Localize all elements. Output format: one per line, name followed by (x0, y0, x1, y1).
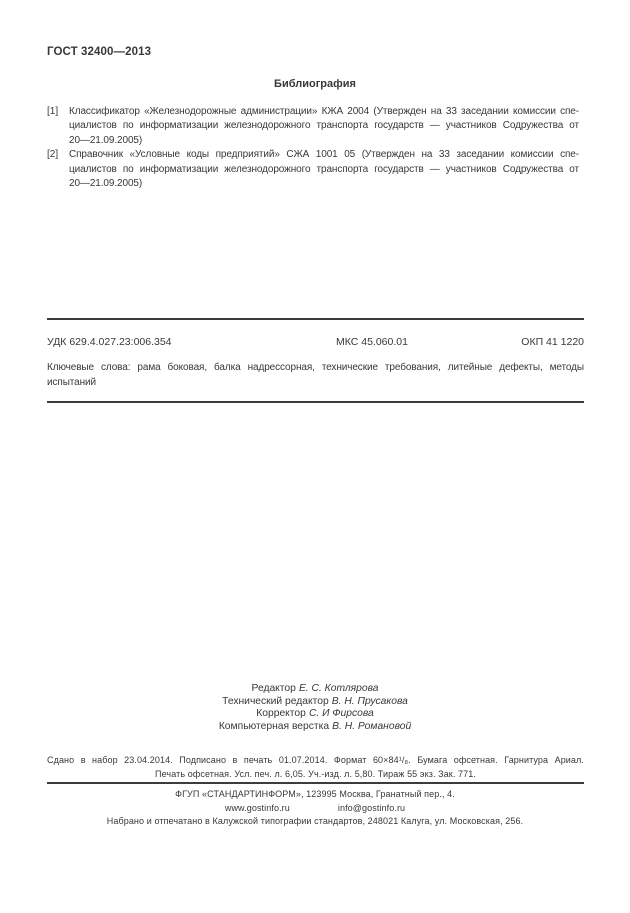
credit-name: С. И Фирсова (309, 708, 374, 719)
bibliography-entry-line: Справочник «Условные коды предприятий» С… (69, 148, 579, 162)
mks-code: МКС 45.060.01 (336, 336, 408, 348)
publisher-block: ФГУП «СТАНДАРТИНФОРМ», 123995 Москва, Гр… (0, 788, 630, 829)
credit-role: Компьютерная верстка (219, 721, 329, 732)
credit-name: Е. С. Котлярова (299, 683, 379, 694)
doc-code: ГОСТ 32400—2013 (47, 46, 151, 58)
classification-codes-row: УДК 629.4.027.23:006.354 МКС 45.060.01 О… (47, 336, 584, 350)
publisher-address: ФГУП «СТАНДАРТИНФОРМ», 123995 Москва, Гр… (0, 788, 630, 802)
credit-line-technical-editor: Технический редакторВ. Н. Прусакова (0, 696, 630, 709)
production-info-block: Сдано в набор 23.04.2014. Подписано в пе… (47, 753, 584, 781)
bibliography-list: [1] Классификатор «Железнодорожные админ… (47, 105, 579, 191)
horizontal-rule-bottom (47, 782, 584, 784)
bibliography-entry-line: Классификатор «Железнодорожные администр… (69, 105, 579, 119)
bibliography-entry-marker: [1] (47, 105, 58, 119)
production-line: Сдано в набор 23.04.2014. Подписано в пе… (47, 753, 584, 767)
credit-line-layout: Компьютерная версткаВ. Н. Романовой (0, 721, 630, 734)
bibliography-entry-marker: [2] (47, 148, 58, 162)
publisher-website-text: www.gostinfo.ru (225, 803, 290, 813)
okp-code: ОКП 41 1220 (521, 336, 584, 348)
credit-line-proofreader: КорректорС. И Фирсова (0, 708, 630, 721)
publisher-contacts: www.gostinfo.ruinfo@gostinfo.ru (0, 802, 630, 816)
horizontal-rule-top (47, 318, 584, 320)
credit-name: В. Н. Романовой (332, 721, 411, 732)
bibliography-entry-1: [1] Классификатор «Железнодорожные админ… (47, 105, 579, 148)
udk-code: УДК 629.4.027.23:006.354 (47, 336, 172, 348)
keywords-line: Ключевые слова: рама боковая, балка надр… (47, 360, 584, 375)
production-line: Печать офсетная. Усл. печ. л. 6,05. Уч.-… (47, 767, 584, 781)
keywords-line: испытаний (47, 375, 584, 390)
bibliography-entry-2: [2] Справочник «Условные коды предприяти… (47, 148, 579, 191)
bibliography-entry-line: 20—21.09.2005) (69, 177, 579, 191)
credit-role: Редактор (252, 683, 296, 694)
horizontal-rule-middle (47, 401, 584, 403)
credit-role: Корректор (256, 708, 306, 719)
section-title: Библиография (0, 78, 630, 90)
credit-role: Технический редактор (222, 696, 329, 707)
document-page: ГОСТ 32400—2013 Библиография [1] Классиф… (0, 0, 630, 913)
bibliography-entry-line: циалистов по информатизации железнодорож… (69, 119, 579, 133)
credits-block: РедакторЕ. С. Котлярова Технический реда… (0, 683, 630, 733)
publisher-email-text: info@gostinfo.ru (338, 803, 405, 813)
bibliography-entry-line: циалистов по информатизации железнодорож… (69, 163, 579, 177)
bibliography-entry-line: 20—21.09.2005) (69, 134, 579, 148)
credit-name: В. Н. Прусакова (332, 696, 408, 707)
keywords-paragraph: Ключевые слова: рама боковая, балка надр… (47, 360, 584, 390)
credit-line-editor: РедакторЕ. С. Котлярова (0, 683, 630, 696)
publisher-printing-house: Набрано и отпечатано в Калужской типогра… (0, 815, 630, 829)
